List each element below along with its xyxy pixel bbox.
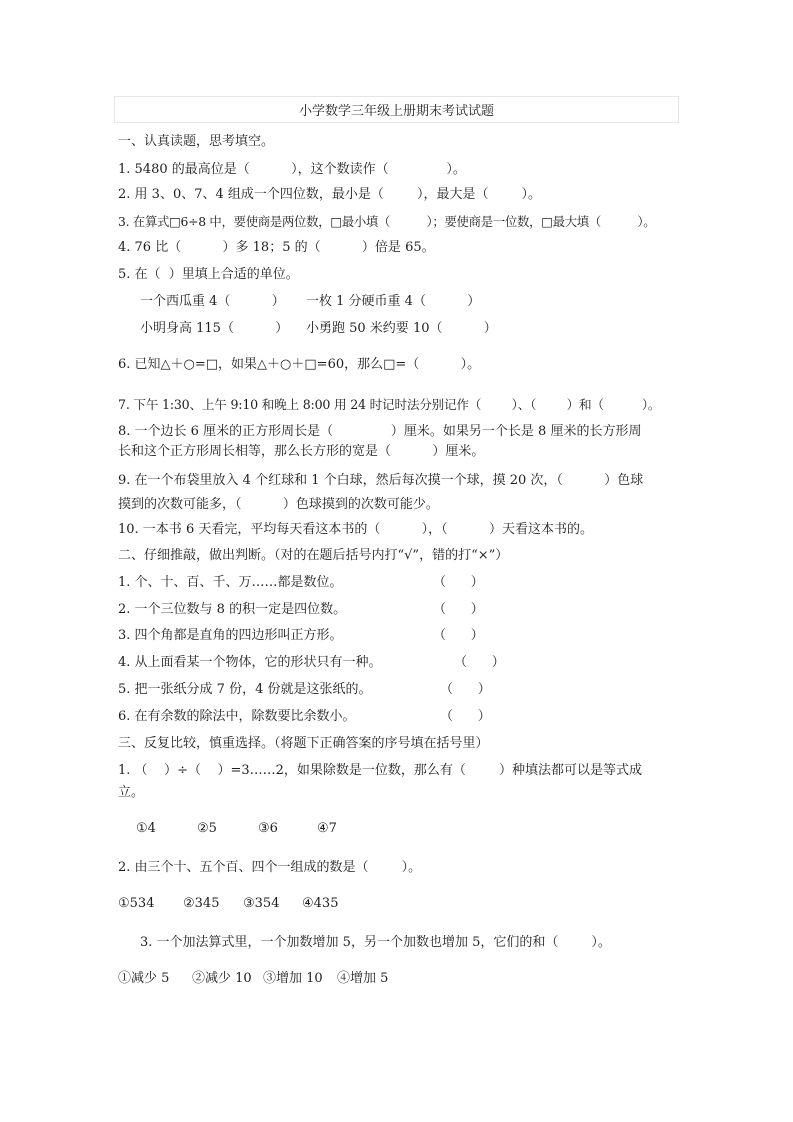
choice-3-option-3: ③增加 10 bbox=[263, 970, 323, 988]
question-1-9-line2: 摸到的次数可能多，（ ）色球摸到的次数可能少。 bbox=[118, 496, 439, 514]
section3-heading: 三、反复比较，慎重选择。（将题下正确答案的序号填在括号里） bbox=[118, 735, 489, 753]
choice-2: 2. 由三个十、五个百、四个一组成的数是（ ）。 bbox=[118, 859, 421, 877]
question-1-4: 4. 76 比（ ）多 18；5 的（ ）倍是 65。 bbox=[118, 239, 435, 257]
choice-1-option-2: ②5 bbox=[197, 820, 217, 838]
judge-item-3: 3. 四个角都是直角的四边形叫正方形。 bbox=[118, 627, 343, 645]
judge-item-6: 6. 在有余数的除法中，除数要比余数小。 bbox=[118, 708, 356, 726]
section2-heading: 二、仔细推敲，做出判断。（对的在题后括号内打“√”，错的打“×”） bbox=[118, 547, 508, 565]
judge-blank-1: （ ） bbox=[433, 574, 484, 592]
choice-1-option-1: ①4 bbox=[136, 820, 156, 838]
choice-2-option-4: ④435 bbox=[302, 895, 338, 913]
judge-blank-5: （ ） bbox=[440, 681, 491, 699]
judge-item-5: 5. 把一张纸分成 7 份，4 份就是这张纸的。 bbox=[118, 681, 371, 699]
choice-1-line1: 1. （ ）÷（ ）=3……2，如果除数是一位数，那么有（ ）种填法都可以是等式… bbox=[118, 762, 642, 780]
question-1-5: 5. 在（ ）里填上合适的单位。 bbox=[118, 266, 299, 284]
choice-2-option-3: ③354 bbox=[243, 895, 279, 913]
judge-blank-4: （ ） bbox=[454, 654, 505, 672]
section1-heading: 一、认真读题，思考填空。 bbox=[118, 133, 274, 151]
judge-blank-6: （ ） bbox=[440, 708, 491, 726]
choice-1-line2: 立。 bbox=[118, 784, 144, 802]
question-1-8-line1: 8. 一个边长 6 厘米的正方形周长是（ ）厘米。如果另一个长是 8 厘米的长方… bbox=[118, 423, 641, 441]
choice-1-option-3: ③6 bbox=[258, 820, 278, 838]
judge-item-4: 4. 从上面看某一个物体，它的形状只有一种。 bbox=[118, 654, 382, 672]
choice-2-option-1: ①534 bbox=[118, 895, 154, 913]
choice-2-option-2: ②345 bbox=[183, 895, 219, 913]
question-1-7: 7. 下午 1:30、上午 9:10 和晚上 8:00 用 24 时记时法分别记… bbox=[118, 396, 660, 414]
page-title: 小学数学三年级上册期末考试试题 bbox=[299, 100, 494, 119]
judge-blank-2: （ ） bbox=[433, 601, 484, 619]
choice-3-option-1: ①减少 5 bbox=[118, 970, 169, 988]
unit-item-watermelon: 一个西瓜重 4（ ） bbox=[140, 293, 285, 311]
question-1-6: 6. 已知△＋○=□，如果△＋○＋□=60，那么□=（ ）。 bbox=[118, 356, 480, 374]
question-1-8-line2: 长和这个正方形周长相等，那么长方形的宽是（ ）厘米。 bbox=[118, 443, 484, 461]
question-1-10: 10. 一本书 6 天看完，平均每天看这本书的（ ），（ ）天看这本书的。 bbox=[118, 521, 593, 539]
unit-item-coin: 一枚 1 分硬币重 4（ ） bbox=[306, 293, 480, 311]
title-box: 小学数学三年级上册期末考试试题 bbox=[114, 96, 679, 123]
question-1-3: 3. 在算式□6÷8 中，要使商是两位数，□最小填（ ）；要使商是一位数，□最大… bbox=[118, 213, 655, 231]
choice-1-option-4: ④7 bbox=[317, 820, 337, 838]
unit-item-height: 小明身高 115（ ） bbox=[140, 320, 288, 338]
unit-item-run: 小勇跑 50 米约要 10（ ） bbox=[306, 320, 497, 338]
judge-blank-3: （ ） bbox=[433, 627, 484, 645]
judge-item-1: 1. 个、十、百、千、万……都是数位。 bbox=[118, 574, 343, 592]
choice-3: 3. 一个加法算式里，一个加数增加 5，另一个加数也增加 5，它们的和（ ）。 bbox=[140, 934, 611, 952]
question-1-1: 1. 5480 的最高位是（ ），这个数读作（ ）。 bbox=[118, 161, 466, 179]
choice-3-option-4: ④增加 5 bbox=[337, 970, 388, 988]
choice-3-option-2: ②减少 10 bbox=[192, 970, 252, 988]
question-1-9-line1: 9. 在一个布袋里放入 4 个红球和 1 个白球，然后每次摸一个球，摸 20 次… bbox=[118, 472, 643, 490]
question-1-2: 2. 用 3、0、7、4 组成一个四位数，最小是（ ），最大是（ ）。 bbox=[118, 186, 541, 204]
judge-item-2: 2. 一个三位数与 8 的积一定是四位数。 bbox=[118, 601, 346, 619]
